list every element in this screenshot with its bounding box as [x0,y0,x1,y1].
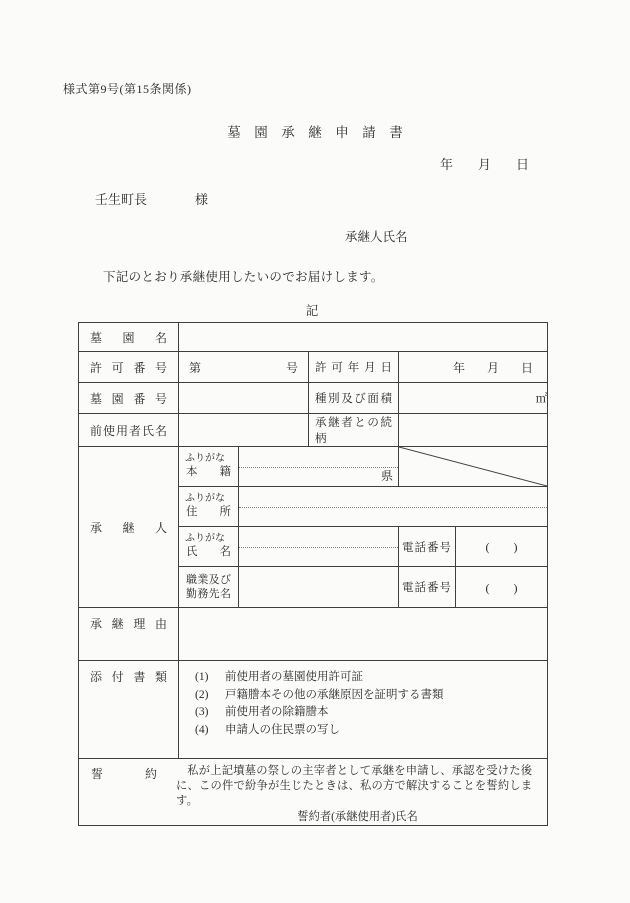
attachment-text: 前使用者の除籍謄本 [225,704,329,722]
attachment-number: (2) [195,687,225,705]
successor-label: 承継人 [79,519,178,536]
phone-label: 電話番号 [399,527,456,567]
permit-date-year-label: 年 [453,359,465,376]
type-area-field[interactable]: ㎡ [399,383,548,414]
row-permit-number: 許可番号 第 号 許可年月日 年 月 日 [79,352,548,383]
reason-label: 承継理由 [79,615,178,632]
permit-date-month-label: 月 [487,359,499,376]
oath-text: 私が上記墳墓の祭しの主宰者として承継を申請し、承認を受けた後に、この件で紛争が生… [176,764,539,809]
cemetery-name-label: 墓園名 [79,329,178,346]
previous-user-field[interactable] [179,414,309,447]
permit-number-field[interactable]: 第 号 [179,352,309,383]
permit-number-label: 許可番号 [79,359,178,376]
attachment-text: 戸籍謄本その他の承継原因を証明する書類 [225,687,444,705]
oath-cell: 誓約 私が上記墳墓の祭しの主宰者として承継を申請し、承認を受けた後に、この件で紛… [79,759,548,826]
row-succession-reason: 承継理由 [79,608,548,661]
addressee-line: 壬生町長 様 [95,189,208,208]
attachment-item: (1) 前使用者の墓園使用許可証 [195,669,543,687]
permit-date-field[interactable]: 年 月 日 [399,352,548,383]
row-cemetery-name: 墓園名 [79,323,548,352]
furigana-label: ふりがな [184,533,233,545]
application-table: 墓園名 許可番号 第 号 許可年月日 年 月 日 墓園番号 [78,322,548,826]
occupation-field[interactable] [239,567,399,608]
square-meter-unit: ㎡ [536,393,548,405]
name-label: 氏名 [184,545,233,560]
crossed-out-cell [399,447,548,487]
type-area-label: 種別及び面積 [309,390,398,406]
domicile-field[interactable]: 県 [239,447,399,487]
prefecture-suffix: 県 [381,467,393,484]
furigana-rule-line [239,447,398,468]
attachment-text: 前使用者の墓園使用許可証 [225,669,363,687]
oath-label: 誓約 [91,764,157,825]
phone-label: 電話番号 [399,567,456,608]
name-field[interactable] [239,527,399,567]
date-year-label: 年 [440,154,453,173]
attachment-number: (4) [195,722,225,740]
attachments-list: (1) 前使用者の墓園使用許可証 (2) 戸籍謄本その他の承継原因を証明する書類… [179,661,548,759]
intro-sentence: 下記のとおり承継使用したいのでお届けします。 [103,267,384,285]
date-day-label: 日 [516,154,529,173]
furigana-rule-line [239,487,547,508]
addressee: 壬生町長 [95,189,147,208]
occupation-label-line2: 勤務先名 [184,587,233,601]
permit-date-day-label: 日 [521,359,533,376]
form-number: 様式第9号(第15条関係) [63,80,192,97]
attachment-item: (3) 前使用者の除籍謄本 [195,704,543,722]
domicile-label: 本籍 [184,465,233,480]
date-month-label: 月 [478,154,491,173]
furigana-rule-line [239,527,398,548]
permit-number-suffix: 号 [286,359,298,376]
row-previous-user: 前使用者氏名 承継者との続柄 [79,414,548,447]
oath-signature-label: 誓約者(承継使用者)氏名 [176,810,539,825]
furigana-label: ふりがな [184,493,233,505]
address-field[interactable] [239,487,548,527]
applicant-name-label: 承継人氏名 [345,227,408,245]
attachment-number: (3) [195,704,225,722]
diagonal-strike-line [399,447,547,486]
application-form-page: 様式第9号(第15条関係) 墓 園 承 継 申 請 書 年 月 日 壬生町長 様… [0,0,630,903]
date-line: 年 月 日 [440,154,529,173]
attachment-number: (1) [195,669,225,687]
permit-number-prefix: 第 [189,359,201,376]
attachments-label: 添付書類 [79,668,178,685]
row-cemetery-number: 墓園番号 種別及び面積 ㎡ [79,383,548,414]
document-title: 墓 園 承 継 申 請 書 [0,121,630,141]
row-oath: 誓約 私が上記墳墓の祭しの主宰者として承継を申請し、承認を受けた後に、この件で紛… [79,759,548,826]
relation-field[interactable] [399,414,548,447]
attachment-item: (4) 申請人の住民票の写し [195,722,543,740]
row-successor-domicile: 承継人 ふりがな 本籍 県 [79,447,548,487]
row-attachments: 添付書類 (1) 前使用者の墓園使用許可証 (2) 戸籍謄本その他の承継原因を証… [79,661,548,759]
phone-field[interactable]: ( ) [456,567,548,608]
attachment-item: (2) 戸籍謄本その他の承継原因を証明する書類 [195,687,543,705]
previous-user-label: 前使用者氏名 [79,422,178,439]
reason-field[interactable] [179,608,548,661]
relation-label: 承継者との続柄 [309,414,398,446]
cemetery-number-field[interactable] [179,383,309,414]
cemetery-number-label: 墓園番号 [79,390,178,407]
occupation-label-line1: 職業及び [184,573,233,587]
cemetery-name-field[interactable] [179,323,548,352]
honorific: 様 [195,189,208,208]
phone-field[interactable]: ( ) [456,527,548,567]
furigana-label: ふりがな [184,453,233,465]
attachment-text: 申請人の住民票の写し [225,722,340,740]
address-label: 住所 [184,505,233,520]
permit-date-label: 許可年月日 [309,359,398,375]
ki-mark: 記 [0,301,624,319]
